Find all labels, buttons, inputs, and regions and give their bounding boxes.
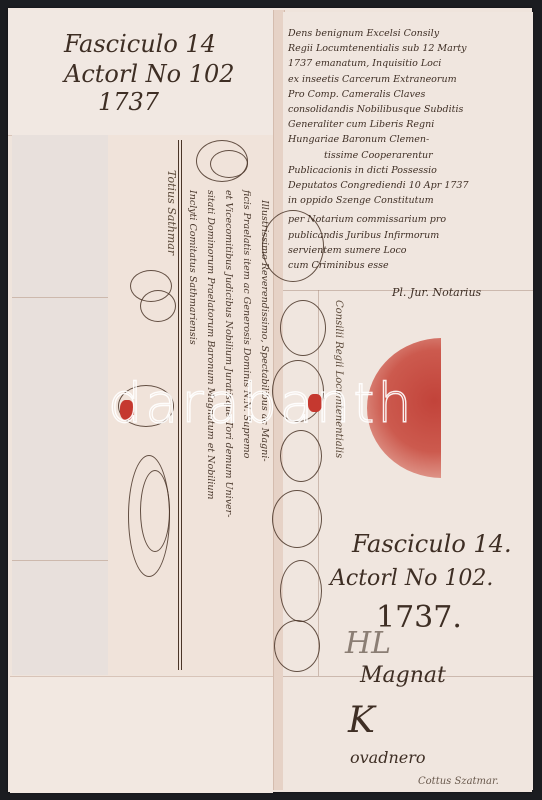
letter-body-text: Dens benignum Excelsi Consily Regii Locu… [288, 26, 528, 273]
flourish-icon [140, 290, 176, 322]
archive-note-actorum: Actorl No 102. [330, 566, 493, 591]
monogram: HL [345, 626, 391, 661]
fold-line [12, 560, 108, 561]
letter-line: consolidandis Nobilibusque Subditis [288, 102, 528, 117]
letter-line: publicandis Juribus Infirmorum [288, 228, 528, 243]
archive-note-year: 1737 [98, 88, 159, 116]
address-line: sitati Dominorum Praelatorum Baronum Mag… [203, 190, 218, 500]
left-fold-strip [12, 135, 109, 675]
archive-note-actorum: Actorl No 102 [64, 60, 235, 88]
flourish-icon [140, 470, 170, 552]
letter-line: Regii Locumtenentialis sub 12 Marty [288, 41, 528, 56]
magnat-note: Magnat [360, 663, 446, 688]
letter-line: in oppido Szenge Constitutum [288, 193, 528, 208]
letter-line: tissime Cooperarentur [288, 148, 528, 163]
flourish-icon [210, 150, 248, 178]
watermark: darabanth [108, 372, 415, 435]
letter-line: Deputatos Congrediendi 10 Apr 1737 [288, 178, 528, 193]
addressee-label: Totius Sathmar [165, 170, 178, 255]
letter-line: 1737 emanatum, Inquisitio Loci [288, 56, 528, 71]
bottom-fold-panel [10, 676, 273, 793]
letter-line: Publicacionis in dicti Possessio [288, 163, 528, 178]
flourish-icon [272, 490, 322, 548]
letter-line: servientem sumere Loco [288, 243, 528, 258]
flourish-icon [280, 560, 322, 622]
letter-line: Hungariae Baronum Clemen- [288, 132, 528, 147]
fold-line [12, 297, 108, 298]
letter-line: Pro Comp. Cameralis Claves [288, 87, 528, 102]
letter-line: per Notarium commissarium pro [288, 212, 528, 227]
flourish-icon [280, 300, 326, 356]
county-note: Cottus Szatmar. [418, 776, 499, 787]
flourish-icon [274, 620, 320, 672]
letter-line: Generaliter cum Liberis Regni [288, 117, 528, 132]
archive-note-fasciculo: Fasciculo 14 [64, 30, 216, 58]
flourish-icon [280, 430, 322, 482]
address-line: et Vicecomitibus Judicibus Nobilium Jura… [221, 190, 236, 517]
archive-note-fasciculo: Fasciculo 14. [352, 530, 512, 558]
letter-line: Dens benignum Excelsi Consily [288, 26, 528, 41]
letter-line: cum Criminibus esse [288, 258, 528, 273]
letter-k: K [348, 700, 375, 741]
address-line: Inclyti Comitatus Sathmariensis [185, 190, 200, 345]
ovadnero-note: ovadnero [350, 748, 426, 767]
letter-line: ex inseetis Carcerum Extraneorum [288, 72, 528, 87]
signature: Pl. Jur. Notarius [392, 286, 481, 299]
